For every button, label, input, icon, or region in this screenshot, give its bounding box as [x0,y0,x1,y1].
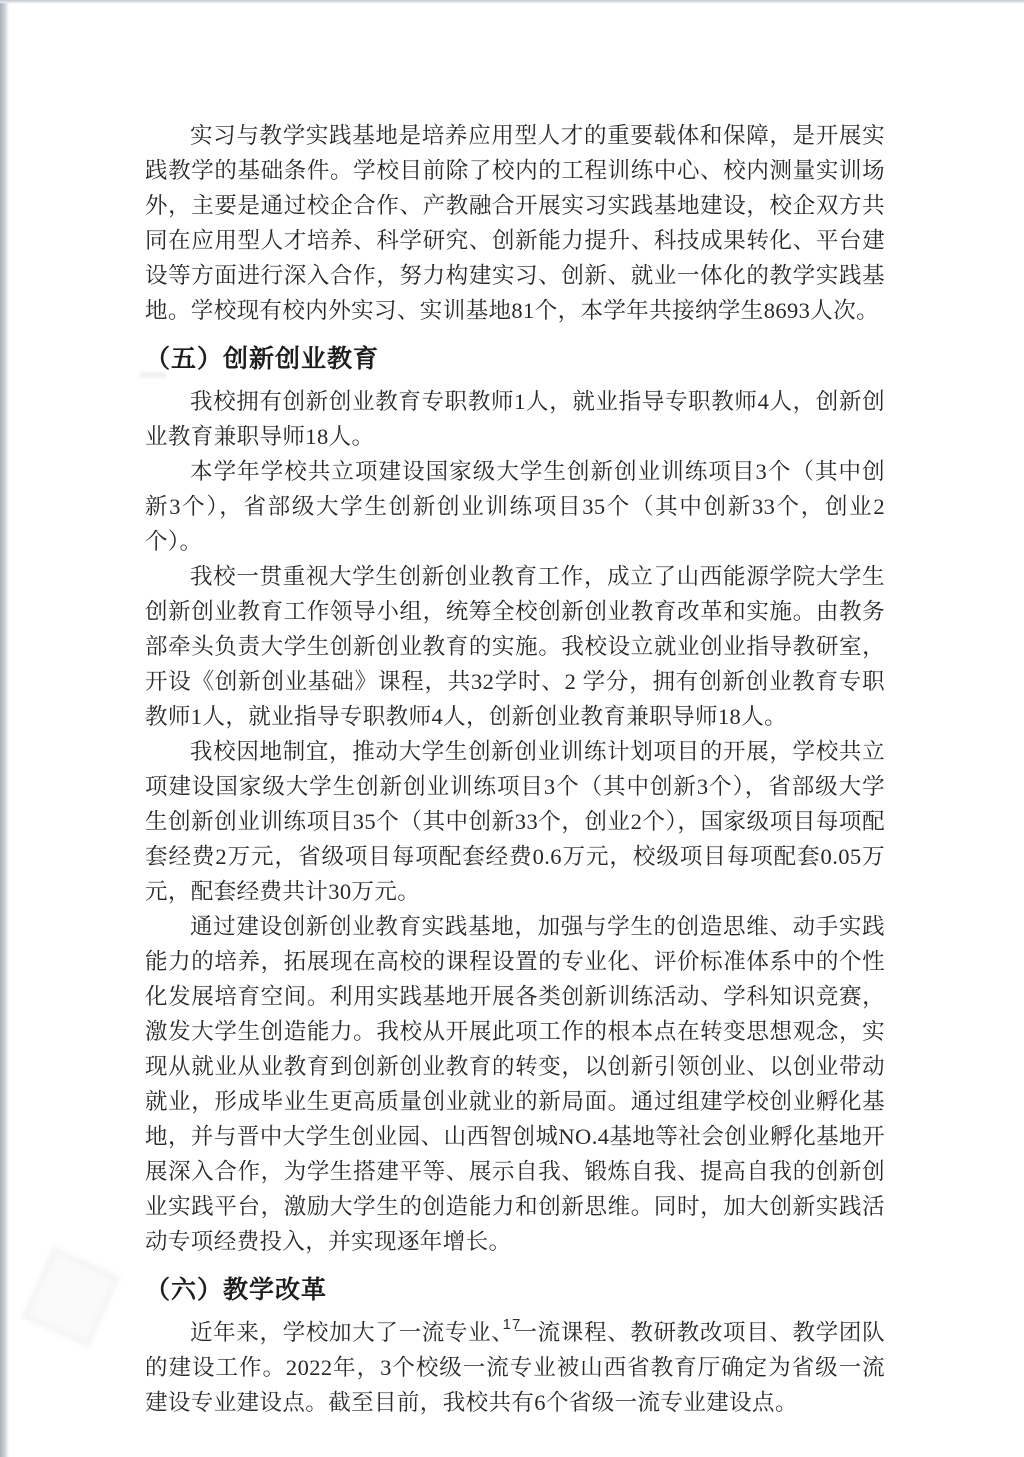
page-number: 17 [0,1316,1024,1333]
paragraph-leading-group-and-course: 我校一贯重视大学生创新创业教育工作，成立了山西能源学院大学生创新创业教育工作领导… [145,559,885,734]
section-heading-6-teaching-reform: （六）教学改革 [145,1272,885,1308]
paragraph-practice-bases: 实习与教学实践基地是培养应用型人才的重要载体和保障，是开展实践教学的基础条件。学… [145,118,885,328]
paragraph-project-funding: 我校因地制宜，推动大学生创新创业训练计划项目的开展，学校共立项建设国家级大学生创… [145,734,885,909]
paragraph-teacher-counts: 我校拥有创新创业教育专职教师1人，就业指导专职教师4人，创新创业教育兼职导师18… [145,384,885,454]
section-heading-5-innovation-entrepreneurship-education: （五）创新创业教育 [145,341,885,377]
scan-left-edge-shadow [0,0,9,1457]
document-content: 实习与教学实践基地是培养应用型人才的重要载体和保障，是开展实践教学的基础条件。学… [145,118,885,1420]
scan-top-edge-shadow [0,0,1024,4]
paragraph-training-project-counts: 本学年学校共立项建设国家级大学生创新创业训练项目3个（其中创新3个），省部级大学… [145,454,885,559]
paragraph-practice-base-development: 通过建设创新创业教育实践基地，加强与学生的创造思维、动手实践能力的培养，拓展现在… [145,909,885,1259]
scanned-document-page: { "document": { "blocks": [ { "type": "p… [0,0,1024,1457]
